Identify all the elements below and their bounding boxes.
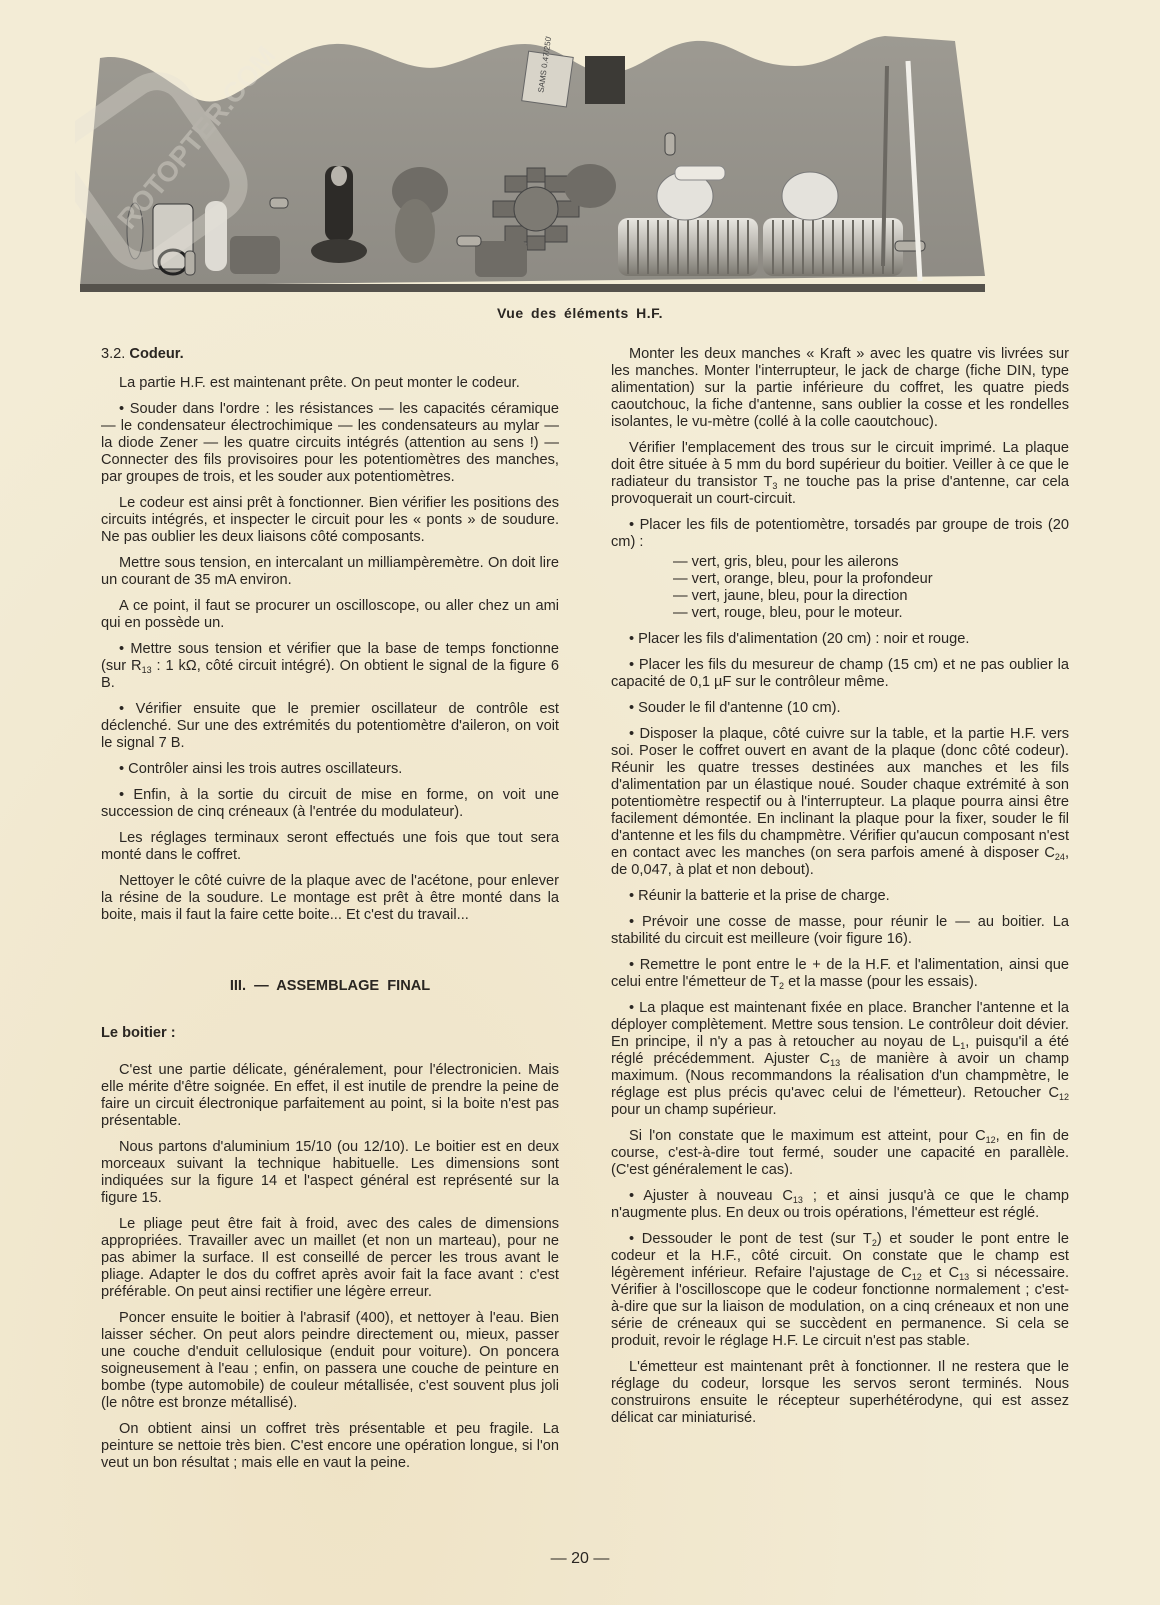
list-item: vert, jaune, bleu, pour la direction — [673, 588, 1069, 605]
subheading-boitier: Le boitier : — [101, 1025, 559, 1042]
paragraph: • Souder le fil d'antenne (10 cm). — [611, 700, 1069, 717]
text-run: et C — [922, 1265, 959, 1281]
paragraph: Vérifier l'emplacement des trous sur le … — [611, 440, 1069, 508]
text-run: • Ajuster à nouveau C — [629, 1188, 793, 1204]
paragraph: • La plaque est maintenant fixée en plac… — [611, 1000, 1069, 1119]
paragraph: • Prévoir une cosse de masse, pour réuni… — [611, 914, 1069, 948]
paragraph: A ce point, il faut se procurer un oscil… — [101, 598, 559, 632]
section-number: 3.2. — [101, 346, 125, 362]
paragraph: Si l'on constate que le maximum est atte… — [611, 1128, 1069, 1179]
hf-board-photo: SAMS 0.47/250V ROTOPTER.COM — [75, 36, 1030, 298]
paragraph: • Réunir la batterie et la prise de char… — [611, 888, 1069, 905]
list-item: vert, orange, bleu, pour la profondeur — [673, 571, 1069, 588]
paragraph: Nettoyer le côté cuivre de la plaque ave… — [101, 873, 559, 924]
paragraph: • Disposer la plaque, côté cuivre sur la… — [611, 726, 1069, 879]
page-number: — 20 — — [0, 1550, 1160, 1568]
subscript: 13 — [959, 1272, 969, 1282]
subscript: 12 — [1059, 1092, 1069, 1102]
wire-group-list: vert, gris, bleu, pour les ailerons vert… — [673, 554, 1069, 622]
list-item: vert, rouge, bleu, pour le moteur. — [673, 605, 1069, 622]
paragraph: • Enfin, à la sortie du circuit de mise … — [101, 787, 559, 821]
figure-caption: Vue des éléments H.F. — [0, 305, 1160, 321]
paragraph: • Ajuster à nouveau C13 ; et ainsi jusqu… — [611, 1188, 1069, 1222]
text-run: et la masse (pour les essais). — [784, 974, 978, 990]
paragraph: Monter les deux manches « Kraft » avec l… — [611, 346, 1069, 431]
paragraph: On obtient ainsi un coffret très présent… — [101, 1421, 559, 1472]
text-run: pour un champ supérieur. — [611, 1102, 777, 1118]
coil-l1 — [618, 218, 758, 276]
paragraph: C'est une partie délicate, généralement,… — [101, 1062, 559, 1130]
subscript: 13 — [830, 1058, 840, 1068]
subscript: 24 — [1055, 852, 1065, 862]
paragraph: Le pliage peut être fait à froid, avec d… — [101, 1216, 559, 1301]
section-heading-codeur: 3.2. Codeur. — [101, 346, 559, 363]
text-run: • Disposer la plaque, côté cuivre sur la… — [611, 726, 1069, 861]
text-run: • Dessouder le pont de test (sur T — [629, 1231, 872, 1247]
paragraph: Nous partons d'aluminium 15/10 (ou 12/10… — [101, 1139, 559, 1207]
paragraph: • Souder dans l'ordre : les résistances … — [101, 401, 559, 486]
paragraph: • Dessouder le pont de test (sur T2) et … — [611, 1231, 1069, 1350]
section-title: Codeur. — [129, 346, 183, 362]
paragraph: L'émetteur est maintenant prêt à fonctio… — [611, 1359, 1069, 1427]
circuit-board-illustration: SAMS 0.47/250V ROTOPTER.COM — [75, 36, 1030, 298]
paragraph: • Contrôler ainsi les trois autres oscil… — [101, 761, 559, 778]
text-run: : 1 kΩ, côté circuit intégré). On obtien… — [101, 658, 559, 691]
right-column: Monter les deux manches « Kraft » avec l… — [611, 346, 1069, 1436]
subscript: 12 — [912, 1272, 922, 1282]
paragraph-base-de-temps: • Mettre sous tension et vérifier que la… — [101, 641, 559, 692]
paragraph: Les réglages terminaux seront effectués … — [101, 830, 559, 864]
subscript: 13 — [793, 1195, 803, 1205]
list-item: vert, gris, bleu, pour les ailerons — [673, 554, 1069, 571]
paragraph: Le codeur est ainsi prêt à fonctionner. … — [101, 495, 559, 546]
paragraph: • Remettre le pont entre le + de la H.F.… — [611, 957, 1069, 991]
subscript: 12 — [986, 1135, 996, 1145]
paragraph: • Vérifier ensuite que le premier oscill… — [101, 701, 559, 752]
subscript: 13 — [142, 665, 152, 675]
part-title: III. — ASSEMBLAGE FINAL — [101, 978, 559, 995]
paragraph: La partie H.F. est maintenant prête. On … — [101, 375, 559, 392]
paragraph: Poncer ensuite le boitier à l'abrasif (4… — [101, 1310, 559, 1412]
text-run: Si l'on constate que le maximum est atte… — [629, 1128, 986, 1144]
paragraph: • Placer les fils de potentiomètre, tors… — [611, 517, 1069, 551]
left-column: 3.2. Codeur. La partie H.F. est maintena… — [101, 346, 559, 1481]
paragraph: • Placer les fils d'alimentation (20 cm)… — [611, 631, 1069, 648]
paragraph: • Placer les fils du mesureur de champ (… — [611, 657, 1069, 691]
paragraph: Mettre sous tension, en intercalant un m… — [101, 555, 559, 589]
